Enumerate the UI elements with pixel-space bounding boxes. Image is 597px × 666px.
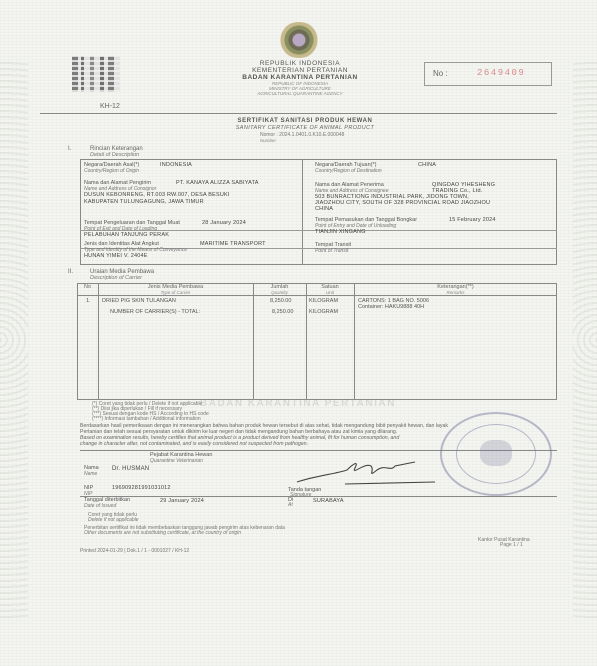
name-label-en: Name (84, 471, 97, 477)
place-label-en: At (288, 502, 293, 508)
destination-label-en: Country/Region of Destination (315, 168, 382, 174)
footer-right-ref-2: Page 1 / 1 (500, 542, 523, 548)
issuer-republic: REPUBLIK INDONESIA (200, 60, 400, 67)
watermark: BADAN KARANTINA PERTANIAN (200, 398, 396, 409)
issuer-ministry: KEMENTERIAN PERTANIAN (200, 67, 400, 74)
footer-reference: Printed 2024-01-29 | Dok.1 / 1 - 0001027… (80, 548, 189, 554)
loading-date: 28 January 2024 (202, 220, 246, 226)
border-pattern-left (0, 60, 28, 620)
detail-divider (302, 159, 303, 265)
official-label-en: Quarantine Veterinarian (150, 458, 203, 464)
row-qty: 8,250.00 (270, 298, 291, 304)
official-name: Dr. HUSMAN (112, 466, 149, 472)
col-divider-4 (354, 283, 355, 400)
conveyance-type: MARITIME TRANSPORT (200, 241, 266, 247)
row-qty: 8,250.00 (272, 309, 293, 315)
border-pattern-right (573, 60, 597, 620)
consignee-address-3: CHINA (315, 206, 333, 212)
transit-label-en: Point of Transit (315, 248, 348, 254)
garuda-emblem-icon (277, 22, 321, 58)
official-nip: 196909281991031012 (112, 485, 171, 491)
consignor-address-1: DUSUN KEBONRENG, RT.003 RW.007, DESA BES… (84, 192, 230, 198)
loading-place: PELABUHAN TANJUNG PERAK (84, 232, 169, 238)
origin-label-en: Country/Region of Origin (84, 168, 139, 174)
issued-place: SURABAYA (313, 498, 344, 504)
footer-disclaimer-2: Other documents are not substituting cer… (84, 530, 241, 536)
col-divider-2 (253, 283, 254, 400)
consignor-name: PT. KANAYA ALIZZA SABIYATA (176, 180, 259, 186)
serial-value: 2649409 (477, 68, 525, 78)
signature-scribble-icon (295, 452, 445, 492)
declaration-line-4: change in character after, not contamina… (80, 441, 308, 447)
official-seal-icon (440, 412, 552, 496)
section2-number: II. (68, 269, 73, 275)
col-header-type-en: Type of Carrier (98, 290, 253, 295)
destination-value: CHINA (418, 162, 436, 168)
col-header-unit-en: Unit (306, 290, 354, 295)
unloading-place: TIANJIN XINGANG (315, 229, 366, 235)
row-item: NUMBER OF CARRIER(S) - TOTAL: (110, 309, 200, 315)
row-remarks-2: Container: HAKU9888 40H (358, 304, 424, 310)
certificate-title: SERTIFIKAT SANITASI PRODUK HEWAN (200, 118, 410, 124)
certificate-number-label-en: Number (260, 138, 276, 143)
issued-date: 29 January 2024 (160, 498, 204, 504)
row-no: 1. (86, 298, 91, 304)
col-header-no: No (77, 284, 98, 290)
footnote-4: (****) Informasi tambahan / Additional i… (92, 416, 201, 422)
issuer-agency: BADAN KARANTINA PERTANIAN (200, 74, 400, 81)
row-unit: KILOGRAM (309, 309, 338, 315)
section2-title-en: Description of Carrier (90, 275, 142, 281)
consignee-address-2: JIAOZHOU CITY, SOUTH OF 328 PROVINCIAL R… (315, 200, 490, 206)
header-divider (40, 113, 557, 114)
issuer-agency-en: AGRICULTURAL QUARANTINE AGENCY (200, 91, 400, 96)
issued-date-label-en: Date of Issued (84, 503, 116, 509)
col-header-qty-en: Quantity (253, 290, 306, 295)
signature-label-en: Signature (290, 492, 311, 498)
serial-label: No : (433, 69, 448, 78)
carrier-table-header-rule (77, 295, 557, 296)
certificate-title-en: SANITARY CERTIFICATE OF ANIMAL PRODUCT (200, 125, 410, 131)
row-item: DRIED PIG SKIN TULANGAN (102, 298, 176, 304)
footer-note-en: Delete if not applicable (88, 517, 139, 523)
section1-number: I. (68, 146, 71, 152)
col-divider-1 (98, 283, 99, 400)
col-header-remarks-en: Remarks (354, 290, 557, 295)
serial-number-box: No : 2649409 (424, 62, 552, 86)
col-divider-3 (306, 283, 307, 400)
conveyance-id: HUNAN YIMEI V. 2404E (84, 253, 148, 259)
unloading-date: 15 February 2024 (449, 217, 496, 223)
row-unit: KILOGRAM (309, 298, 338, 304)
origin-value: INDONESIA (160, 162, 192, 168)
consignor-address-2: KABUPATEN TULUNGAGUNG, JAWA TIMUR (84, 199, 204, 205)
form-code: KH-12 (100, 103, 120, 110)
qr-code-icon (72, 56, 120, 92)
section1-title-en: Detail of Description (90, 152, 139, 158)
signature-bottom-rule (80, 496, 557, 497)
